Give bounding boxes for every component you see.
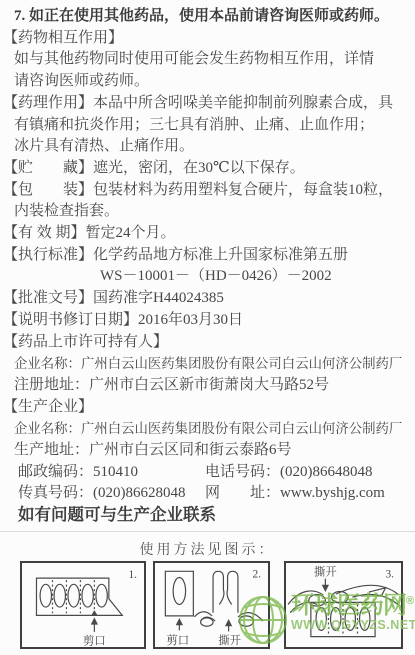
interaction-header: 【药物相互作用】: [0, 28, 415, 50]
up-arrow-icon: [176, 618, 183, 625]
divider-line: [0, 531, 415, 532]
figure-2-tear-label: 撕开: [218, 633, 241, 647]
usage-figures-row: 1. 剪口: [0, 558, 415, 653]
storage-line: 【贮 藏】遮光，密闭，在30℃以下保存。: [0, 158, 415, 180]
manufacturer-header: 【生产企业】: [0, 397, 415, 419]
pharmacology-line3: 冰片具有清热、止痛作用。: [0, 136, 415, 158]
fax-number: 传真号码：(020)86628048: [18, 483, 205, 505]
precaution-line: 7. 如正在使用其他药品，使用本品前请咨询医师或药师。: [0, 6, 415, 28]
drug-leaflet-page: 7. 如正在使用其他药品，使用本品前请咨询医师或药师。 【药物相互作用】 如与其…: [0, 0, 415, 655]
standard-line2: WS－10001－（HD－0426）－2002: [0, 266, 415, 288]
mah-company-line: 企业名称：广州白云山医药集团股份有限公司白云山何济公制药厂: [0, 353, 415, 375]
tear-open-illustration: 2. 剪口 撕开: [155, 563, 268, 647]
blister-strip-illustration: 1. 剪口: [22, 563, 144, 647]
pharmacology-line2: 有镇痛和抗炎作用；三七具有消肿、止痛、止血作用；: [0, 115, 415, 137]
mfr-company-line: 企业名称：广州白云山医药集团股份有限公司白云山何济公制药厂: [0, 418, 415, 440]
figure-2-number: 2.: [252, 569, 261, 581]
validity-line: 【有 效 期】暂定24个月。: [0, 223, 415, 245]
usage-figure-1: 1. 剪口: [20, 561, 146, 649]
standard-line1: 【执行标准】化学药品地方标准上升国家标准第五册: [0, 245, 415, 267]
figure-2-cut-label: 剪口: [166, 634, 189, 647]
phone-number: 电话号码：(020)86648048: [205, 462, 373, 484]
interaction-line1: 如与其他药物同时使用可能会发生药物相互作用，详情: [0, 49, 415, 71]
down-arrow-icon: [322, 585, 329, 592]
fax-website-row: 传真号码：(020)86628048 网 址：www.byshjg.com: [0, 483, 415, 505]
website-url: 网 址：www.byshjg.com: [205, 483, 385, 505]
mah-reg-address-line: 注册地址：广州市白云区新市街萧岗大马路52号: [0, 375, 415, 397]
up-arrow-icon: [91, 617, 98, 624]
cut-notch: [91, 610, 97, 615]
interaction-line2: 请咨询医师或药师。: [0, 71, 415, 93]
postal-phone-row: 邮政编码：510410 电话号码：(020)86648048: [0, 462, 415, 484]
revision-date-line: 【说明书修订日期】2016年03月30日: [0, 310, 415, 332]
figure-3-tear-label: 撕开: [314, 564, 337, 578]
package-line2: 内装检查指套。: [0, 201, 415, 223]
figure-3-number: 3.: [385, 569, 394, 581]
usage-figure-3: 3. 撕开: [284, 561, 403, 649]
contact-note: 如有问题可与生产企业联系: [0, 505, 415, 527]
approval-number-line: 【批准文号】国药准字H44024385: [0, 288, 415, 310]
hands-tear-illustration: 3. 撕开: [286, 563, 401, 647]
package-line1: 【包 装】包装材料为药用塑料复合硬片，每盒装10粒，: [0, 180, 415, 202]
up-arrow-icon: [225, 619, 232, 626]
mah-header: 【药品上市许可持有人】: [0, 332, 415, 354]
usage-caption: 使用方法见图示：: [0, 539, 415, 559]
usage-figure-2: 2. 剪口 撕开: [153, 561, 270, 649]
postal-code: 邮政编码：510410: [18, 462, 205, 484]
mfr-address-line: 生产地址：广州市白云区同和街云泰路6号: [0, 440, 415, 462]
leaflet-text-block: 7. 如正在使用其他药品，使用本品前请咨询医师或药师。 【药物相互作用】 如与其…: [0, 6, 415, 527]
pharmacology-line1: 【药理作用】本品中所含吲哚美辛能抑制前列腺素合成，具: [0, 93, 415, 115]
figure-1-cut-label: 剪口: [83, 634, 106, 647]
figure-1-number: 1.: [128, 569, 137, 581]
